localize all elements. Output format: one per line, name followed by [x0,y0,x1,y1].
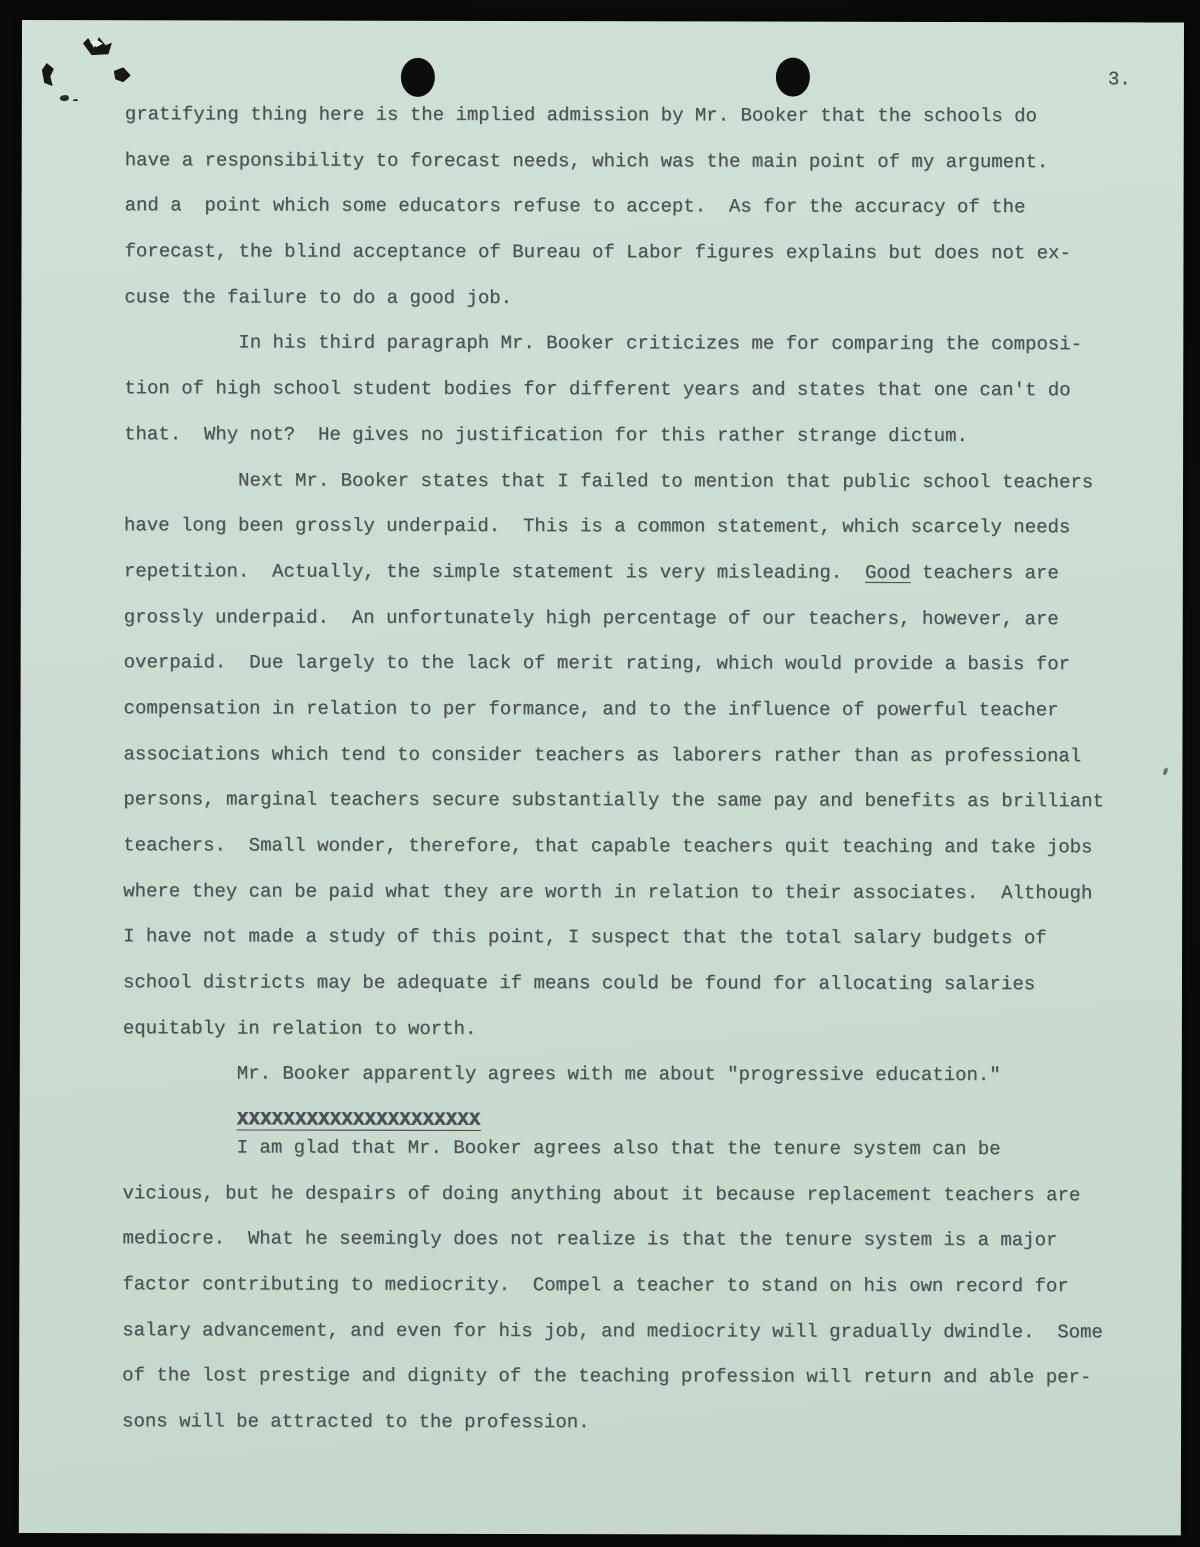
text-line: cuse the failure to do a good job. [124,275,1154,323]
text-line: repetition. Actually, the simple stateme… [124,549,1154,597]
text-line: salary advancement, and even for his job… [122,1308,1152,1356]
scanned-document: 3. gratifying thing here is the implied … [0,0,1200,1547]
underlined-word: Good [865,562,911,584]
text-line: vicious, but he despairs of doing anythi… [122,1171,1152,1219]
document-text: gratifying thing here is the implied adm… [122,92,1155,1447]
text-line: have long been grossly underpaid. This i… [124,503,1154,551]
text-line: I am glad that Mr. Booker agrees also th… [123,1125,1153,1173]
text-line: compensation in relation to per formance… [124,686,1154,734]
ink-speck [1162,767,1169,776]
text-line: factor contributing to mediocrity. Compe… [122,1262,1152,1310]
text-line: grossly underpaid. An unfortunately high… [124,595,1154,643]
text-line: teachers. Small wonder, therefore, that … [123,823,1153,871]
line-segment: teachers are [911,562,1059,584]
hole-punch-left [401,58,435,97]
text-line: and a point which some educators refuse … [125,184,1155,232]
text-line: gratifying thing here is the implied adm… [125,92,1155,140]
staple-tear-mark [42,63,54,86]
page-number: 3. [1108,64,1131,94]
text-line: have a responsibility to forecast needs,… [125,138,1155,186]
text-line: persons, marginal teachers secure substa… [123,778,1153,826]
hole-punch-right [776,58,810,97]
text-line: of the lost prestige and dignity of the … [122,1353,1152,1401]
text-line: Next Mr. Booker states that I failed to … [124,458,1154,506]
text-line: mediocre. What he seemingly does not rea… [122,1216,1152,1264]
text-line: where they can be paid what they are wor… [123,869,1153,917]
text-line: sons will be attracted to the profession… [122,1399,1152,1447]
text-line: forecast, the blind acceptance of Bureau… [124,229,1154,277]
text-line: school districts may be adequate if mean… [123,960,1153,1008]
line-segment: repetition. Actually, the simple stateme… [124,560,865,584]
text-line: Mr. Booker apparently agrees with me abo… [123,1052,1153,1100]
staple-tear-mark [60,95,69,101]
text-line: overpaid. Due largely to the lack of mer… [124,640,1154,688]
text-line: tion of high school student bodies for d… [124,366,1154,414]
page: 3. gratifying thing here is the implied … [19,20,1184,1535]
text-line: In his third paragraph Mr. Booker critic… [124,321,1154,369]
text-line: that. Why not? He gives no justification… [124,412,1154,460]
staple-tear-mark [114,67,131,82]
text-line: I have not made a study of this point, I… [123,915,1153,963]
text-line: equitably in relation to worth. [123,1006,1153,1054]
text-line: associations which tend to consider teac… [123,732,1153,780]
